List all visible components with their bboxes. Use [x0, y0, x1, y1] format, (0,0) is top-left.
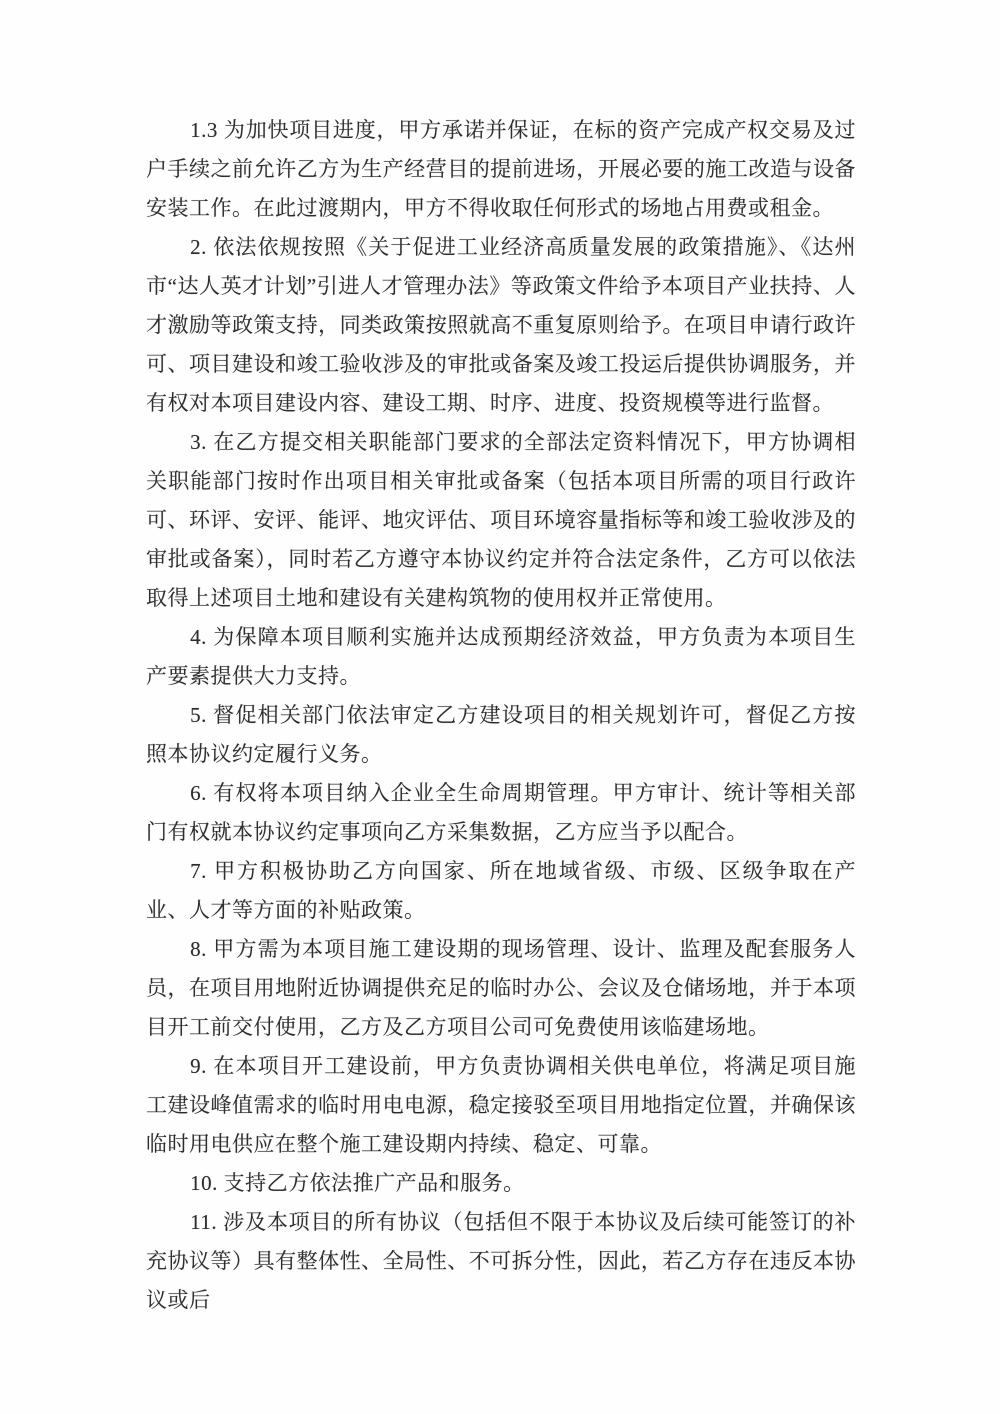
paragraph-11: 11. 涉及本项目的所有协议（包括但不限于本协议及后续可能签订的补充协议等）具有… [146, 1203, 856, 1320]
document-page: 1.3 为加快项目进度，甲方承诺并保证，在标的资产完成产权交易及过户手续之前允许… [0, 0, 1000, 1414]
paragraph-8: 8. 甲方需为本项目施工建设期的现场管理、设计、监理及配套服务人员，在项目用地附… [146, 930, 856, 1047]
paragraph-2: 2. 依法依规按照《关于促进工业经济高质量发展的政策措施》、《达州市“达人英才计… [146, 228, 856, 423]
document-body: 1.3 为加快项目进度，甲方承诺并保证，在标的资产完成产权交易及过户手续之前允许… [146, 111, 856, 1320]
paragraph-7: 7. 甲方积极协助乙方向国家、所在地域省级、市级、区级争取在产业、人才等方面的补… [146, 852, 856, 930]
paragraph-1: 1.3 为加快项目进度，甲方承诺并保证，在标的资产完成产权交易及过户手续之前允许… [146, 111, 856, 228]
paragraph-6: 6. 有权将本项目纳入企业全生命周期管理。甲方审计、统计等相关部门有权就本协议约… [146, 774, 856, 852]
paragraph-3: 3. 在乙方提交相关职能部门要求的全部法定资料情况下，甲方协调相关职能部门按时作… [146, 423, 856, 618]
paragraph-10: 10. 支持乙方依法推广产品和服务。 [146, 1164, 856, 1203]
paragraph-4: 4. 为保障本项目顺利实施并达成预期经济效益，甲方负责为本项目生产要素提供大力支… [146, 618, 856, 696]
paragraph-5: 5. 督促相关部门依法审定乙方建设项目的相关规划许可，督促乙方按照本协议约定履行… [146, 696, 856, 774]
paragraph-9: 9. 在本项目开工建设前，甲方负责协调相关供电单位，将满足项目施工建设峰值需求的… [146, 1047, 856, 1164]
